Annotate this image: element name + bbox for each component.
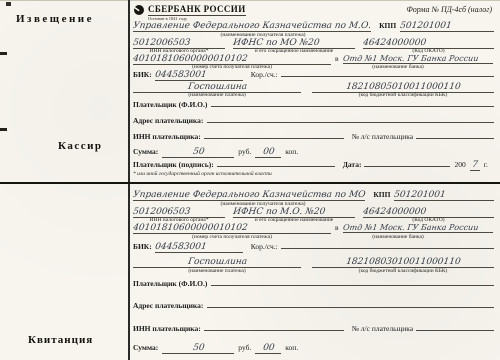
account-value: 40101810600000010102	[132, 224, 248, 233]
bik-corr-row: БИК: 044583001 Кор./сч.:	[133, 242, 494, 253]
bik-label: БИК:	[133, 242, 152, 252]
bik-field: 044583001	[155, 242, 243, 253]
sum-rub-field: 50	[162, 147, 234, 158]
payee-name-field: Управление Федерального Казначейства по …	[133, 21, 371, 32]
bik-label: БИК:	[133, 70, 152, 80]
kpp-field: 501201001	[394, 190, 494, 201]
bank-name-block: СБЕРБАНК РОССИИ Основан в 1841 году	[148, 4, 246, 21]
account-bank-hint-row: (номер счета получателя платежа) (наимен…	[133, 234, 494, 240]
payer-address-row: Адрес плательщика:	[133, 116, 494, 126]
payer-account-field	[416, 138, 494, 139]
tax-inn-value: 5012006503	[132, 39, 190, 48]
corr-label: Кор./сч.:	[251, 242, 278, 252]
payee-name-value: Управление Федерального Казначейства по …	[132, 191, 365, 200]
payer-inn-label: ИНН плательщика:	[133, 324, 201, 334]
form-number: Форма № ПД-4сб (налог)	[406, 5, 492, 14]
payer-fio-field	[211, 285, 494, 286]
scanned-payment-form: Извещение Кассир Квитанция СБЕРБАНК РОСС…	[0, 0, 500, 360]
payment-name-field: Госпошлина	[133, 257, 301, 268]
stub-divider-line	[128, 0, 130, 360]
sum-kop-field: 00	[255, 147, 281, 158]
payer-fio-label: Плательщик (Ф.И.О.)	[133, 279, 207, 289]
rub-label: руб.	[238, 147, 251, 157]
payer-address-label: Адрес плательщика:	[133, 116, 203, 126]
payer-inn-label: ИНН плательщика:	[133, 132, 201, 142]
sum-row: Сумма: 50 руб. 00 коп.	[133, 343, 494, 354]
scan-mark	[0, 128, 7, 131]
payer-address-row: Адрес плательщика:	[133, 301, 494, 311]
sum-label: Сумма:	[133, 343, 158, 353]
rub-label: руб.	[238, 343, 251, 353]
stub-label-notice: Извещение	[16, 13, 94, 25]
in-preposition: в	[335, 223, 339, 233]
stub-label-cashier: Кассир	[58, 140, 103, 152]
account-hint: (номер счета получателя платежа)	[133, 234, 331, 240]
year-prefix: 200	[454, 160, 465, 170]
payer-sign-label: Плательщик (подпись):	[133, 160, 214, 170]
payment-kbk-hint-row: (наименование платежа) (код бюджетной кл…	[133, 268, 494, 274]
scan-artifact	[6, 2, 11, 6]
in-preposition: в	[335, 54, 339, 64]
payer-inn-row: ИНН плательщика: № л/с плательщика	[133, 324, 494, 334]
tax-inn-value: 5012006503	[132, 208, 190, 217]
account-bank-row: 40101810600000010102 в Отд №1 Моск. ГУ Б…	[133, 223, 494, 234]
kpp-value: 501201001	[394, 191, 447, 200]
corr-field	[281, 76, 494, 77]
bank-field: Отд №1 Моск. ГУ Банка России	[343, 223, 493, 233]
sum-row: Сумма: 50 руб. 00 коп.	[133, 147, 494, 158]
bank-header: СБЕРБАНК РОССИИ Основан в 1841 году	[133, 4, 246, 21]
bank-name: СБЕРБАНК РОССИИ	[148, 4, 246, 14]
bank-hint: (наименование банка)	[343, 234, 453, 240]
short-name-value: ИФНС по М.О. №20	[232, 208, 325, 217]
payment-hint: (наименование платежа)	[133, 92, 301, 98]
payee-name-row: Управление Федерального Казначейства по …	[133, 190, 494, 201]
kbk-field: 18210803010011000110	[312, 257, 494, 268]
kop-label: коп.	[285, 147, 298, 157]
corr-field	[281, 248, 494, 249]
payer-address-field	[207, 307, 494, 308]
kop-label: коп.	[285, 343, 298, 353]
payer-fio-field	[211, 106, 494, 107]
okato-value: 46424000000	[362, 39, 426, 48]
payer-fio-row: Плательщик (Ф.И.О.)	[133, 100, 494, 110]
date-label: Дата:	[343, 160, 362, 170]
scan-edge	[0, 0, 500, 1]
payer-inn-field	[204, 138, 344, 139]
signature-field	[217, 166, 335, 167]
sum-rub-value: 50	[192, 148, 205, 157]
payment-kbk-hint-row: (наименование платежа) (код бюджетной кл…	[133, 92, 494, 98]
kpp-label: КПП	[379, 21, 396, 31]
payer-address-label: Адрес плательщика:	[133, 301, 203, 311]
sum-kop-field: 00	[255, 343, 281, 354]
payer-account-label: № л/с плательщика	[352, 324, 413, 334]
payer-inn-field	[204, 330, 344, 331]
payment-name-value: Госпошлина	[187, 258, 247, 267]
kbk-hint: (код бюджетной классификации КБК)	[312, 92, 494, 98]
payer-fio-row: Плательщик (Ф.И.О.)	[133, 279, 494, 289]
sum-rub-value: 50	[192, 344, 205, 353]
scan-mark	[0, 52, 7, 55]
sum-kop-value: 00	[262, 344, 275, 353]
bank-field: Отд №1 Моск. ГУ Банка России	[343, 54, 493, 64]
payment-kbk-row: Госпошлина 18210803010011000110	[133, 257, 494, 268]
kbk-hint: (код бюджетной классификации КБК)	[312, 268, 494, 274]
sum-rub-field: 50	[162, 343, 234, 354]
account-field: 40101810600000010102	[133, 223, 331, 234]
bank-value: Отд №1 Моск. ГУ Банка России	[342, 54, 493, 63]
sum-label: Сумма:	[133, 147, 158, 157]
kpp-field: 501201001	[400, 21, 494, 32]
year-digit-value: 7	[471, 161, 478, 170]
stub-label-receipt: Квитанция	[28, 334, 93, 346]
bik-value: 044583001	[154, 71, 207, 80]
payer-inn-row: ИНН плательщика: № л/с плательщика	[133, 132, 494, 142]
bank-value: Отд №1 Моск. ГУ Банка России	[342, 223, 493, 232]
kbk-value: 18210805010011000110	[345, 83, 461, 92]
payee-name-value: Управление Федерального Казначейства по …	[132, 22, 371, 31]
year-digit-field: 7	[470, 160, 480, 171]
bik-value: 044583001	[154, 243, 207, 252]
payee-name-row: Управление Федерального Казначейства по …	[133, 21, 494, 32]
payee-name-field: Управление Федерального Казначейства по …	[133, 190, 365, 201]
corr-label: Кор./сч.:	[251, 70, 278, 80]
kbk-value: 18210803010011000110	[345, 258, 461, 267]
short-name-value: ИФНС по МО №20	[232, 39, 320, 48]
payer-account-label: № л/с плательщика	[352, 132, 413, 142]
signature-date-row: Плательщик (подпись): Дата: 200 7 г.	[133, 160, 494, 171]
payment-hint: (наименование платежа)	[133, 268, 301, 274]
sum-kop-value: 00	[262, 148, 275, 157]
sberbank-logo-icon	[133, 4, 145, 16]
kpp-label: КПП	[373, 190, 390, 200]
bik-field: 044583001	[155, 70, 243, 81]
okato-value: 46424000000	[362, 208, 426, 217]
date-field	[364, 166, 450, 167]
account-value: 40101810600000010102	[132, 55, 248, 64]
payer-address-field	[207, 122, 494, 123]
footnote: * или иной государственный орган исполни…	[133, 171, 272, 177]
bik-corr-row: БИК: 044583001 Кор./сч.:	[133, 70, 494, 81]
year-suffix: г.	[484, 160, 488, 170]
kpp-value: 501201001	[400, 22, 453, 31]
payer-fio-label: Плательщик (Ф.И.О.)	[133, 100, 207, 110]
section-divider-line	[0, 182, 500, 184]
payer-account-field	[416, 330, 494, 331]
payment-name-value: Госпошлина	[187, 83, 247, 92]
